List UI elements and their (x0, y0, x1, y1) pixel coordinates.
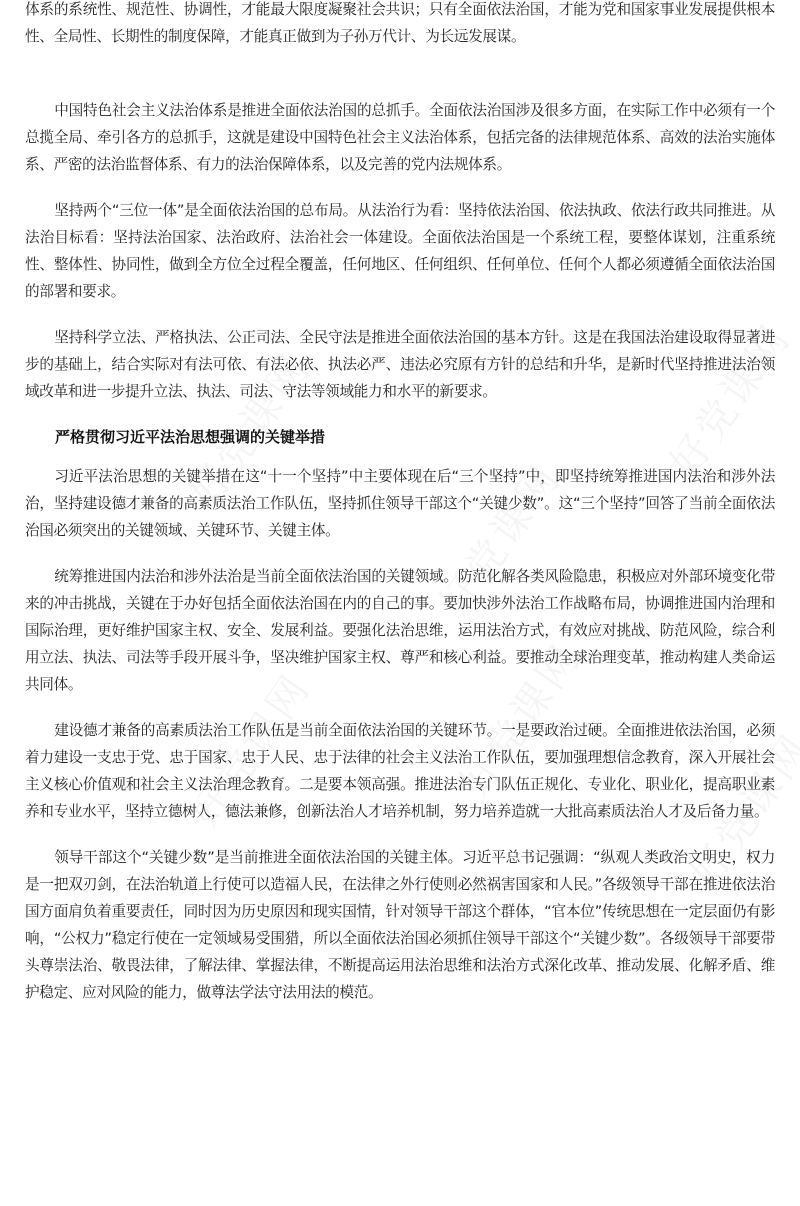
paragraph: 中国特色社会主义法治体系是推进全面依法治国的总抓手。全面依法治国涉及很多方面，在… (25, 97, 775, 178)
paragraph: 习近平法治思想的关键举措在这“十一个坚持”中主要体现在后“三个坚持”中，即坚持统… (25, 463, 775, 544)
paragraph: 坚持两个“三位一体”是全面依法治国的总布局。从法治行为看：坚持依法治国、依法执政… (25, 197, 775, 305)
paragraph: 坚持科学立法、严格执法、公正司法、全民守法是推进全面依法治国的基本方针。这是在我… (25, 324, 775, 405)
section-heading: 严格贯彻习近平法治思想强调的关键举措 (25, 424, 775, 451)
paragraph: 统筹推进国内法治和涉外法治是当前全面依法治国的关键领域。防范化解各类风险隐患，积… (25, 563, 775, 698)
paragraph: 领导干部这个“关键少数”是当前推进全面依法治国的关键主体。习近平总书记强调：“纵… (25, 844, 775, 1006)
paragraph: 建设德才兼备的高素质法治工作队伍是当前全面依法治国的关键环节。一是要政治过硬。全… (25, 717, 775, 825)
document-body: 体系的系统性、规范性、协调性，才能最大限度凝聚社会共识；只有全面依法治国，才能为… (25, 0, 775, 1025)
paragraph: 体系的系统性、规范性、协调性，才能最大限度凝聚社会共识；只有全面依法治国，才能为… (25, 0, 775, 50)
